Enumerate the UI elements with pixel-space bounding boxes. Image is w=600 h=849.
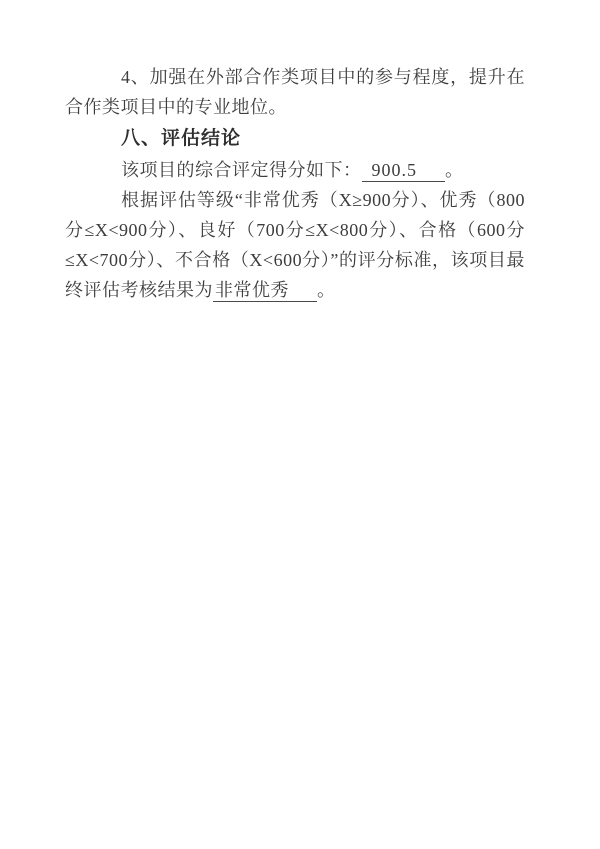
final-rating-underlined: 非常优秀 <box>213 280 317 302</box>
document-page: 4、加强在外部合作类项目中的参与程度，提升在合作类项目中的专业地位。 八、评估结… <box>0 0 600 849</box>
rating-line-suffix: 。 <box>317 280 336 300</box>
section-heading-evaluation-conclusion: 八、评估结论 <box>65 123 525 155</box>
document-content: 4、加强在外部合作类项目中的参与程度，提升在合作类项目中的专业地位。 八、评估结… <box>65 62 525 305</box>
paragraph-rating-standard: 根据评估等级“非常优秀（X≥900分）、优秀（800分≤X<900分）、良好（7… <box>65 185 525 305</box>
score-value-underlined: 900.5 <box>362 160 446 182</box>
score-line-suffix: 。 <box>445 160 464 180</box>
paragraph-recommendation-4: 4、加强在外部合作类项目中的参与程度，提升在合作类项目中的专业地位。 <box>65 62 525 122</box>
score-line-prefix: 该项目的综合评定得分如下： <box>121 160 362 180</box>
paragraph-composite-score: 该项目的综合评定得分如下：900.5。 <box>65 155 525 185</box>
